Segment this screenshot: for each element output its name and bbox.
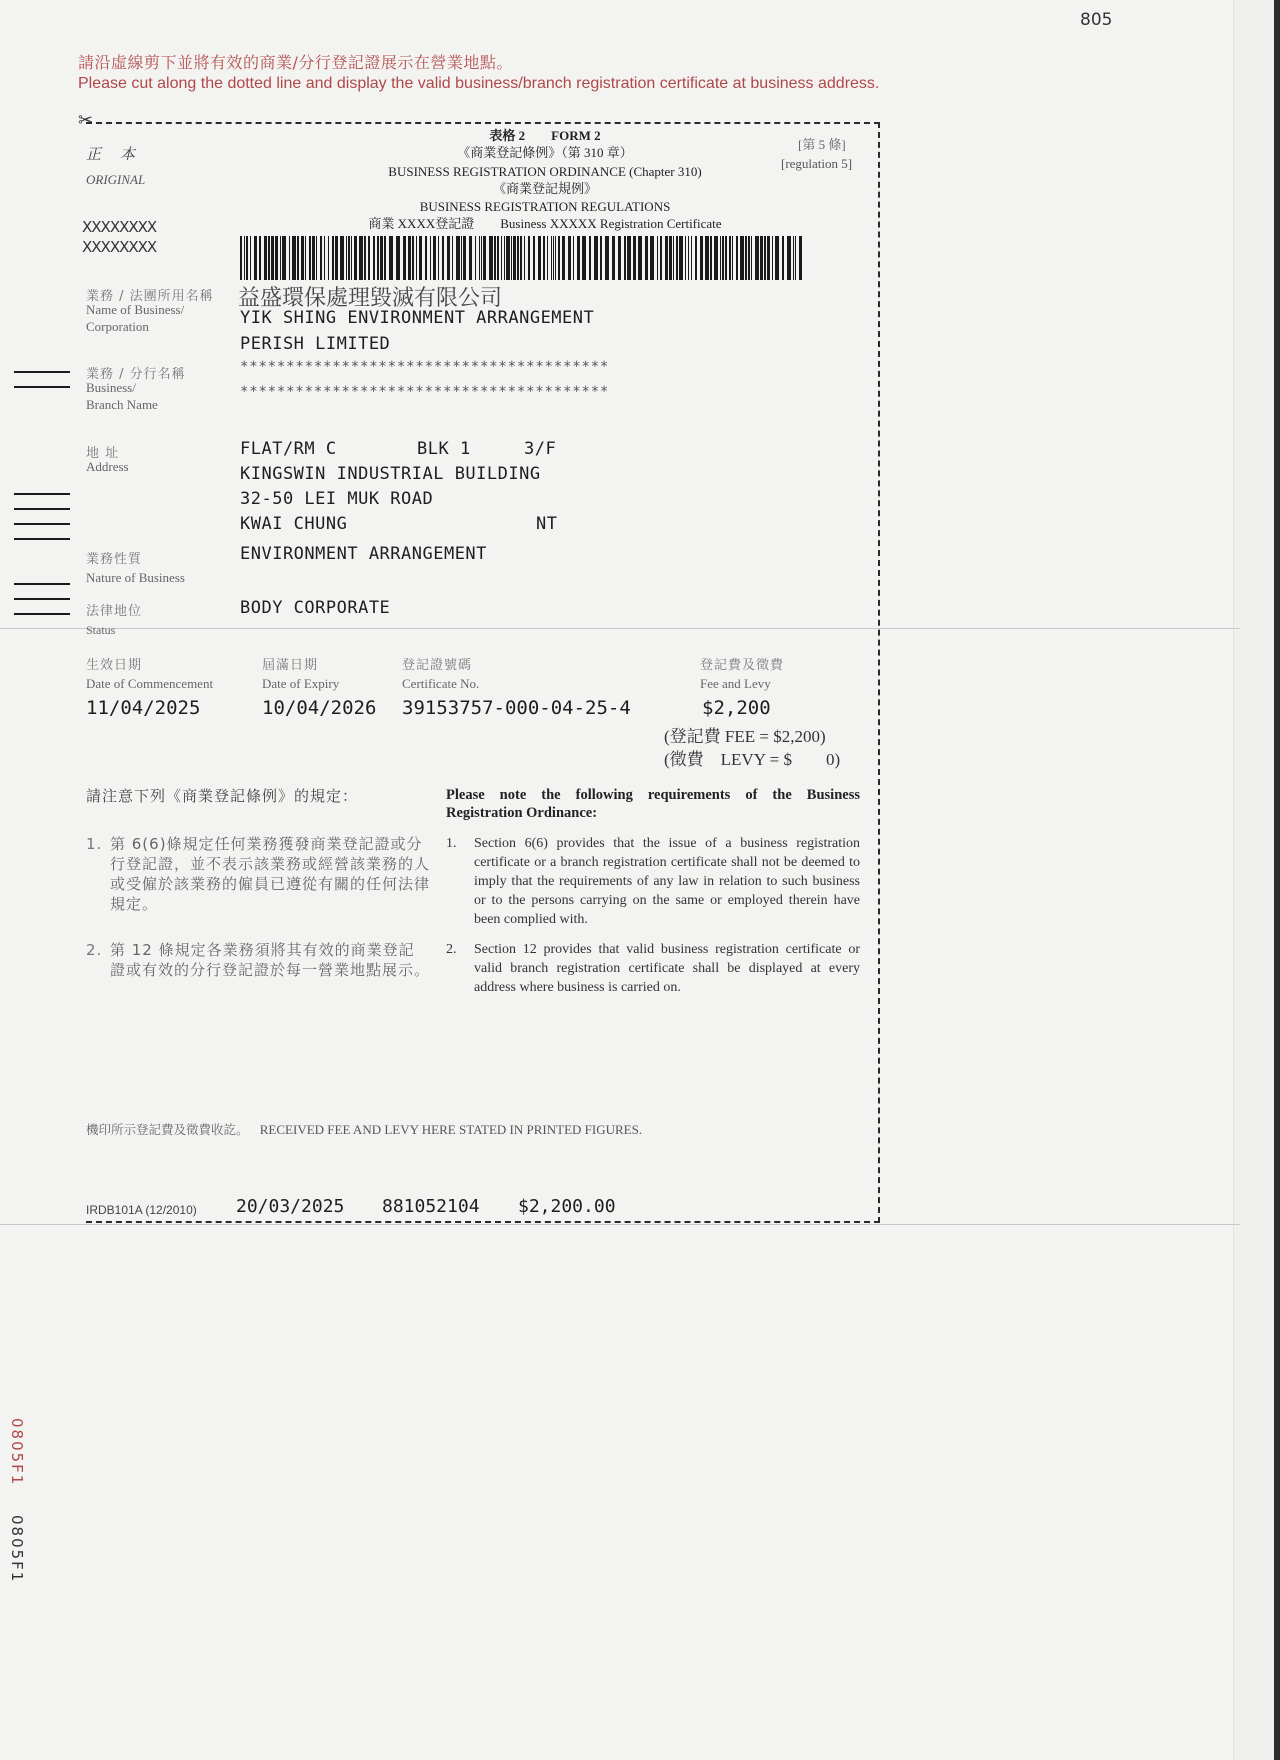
margin-mark: [14, 583, 70, 585]
page-edge-shadow: [1274, 0, 1280, 1760]
expiry-label-zh: 屆滿日期: [262, 654, 318, 673]
redacted-text: XXXXXXXX: [82, 238, 156, 256]
fee-levy-total: $2,200: [702, 697, 771, 719]
margin-mark: [14, 538, 70, 540]
address-street: 32-50 LEI MUK ROAD: [240, 489, 433, 509]
address-flat: FLAT/RM C: [240, 439, 337, 459]
margin-mark: [14, 493, 70, 495]
scissors-icon: ✂: [78, 110, 93, 131]
commencement-label-zh: 生效日期: [86, 654, 142, 673]
receipt-statement-zh: 機印所示登記費及徵費收訖。: [86, 1122, 249, 1137]
regulations-title-en: BUSINESS REGISTRATION REGULATIONS: [330, 199, 760, 215]
fee-levy-label-zh: 登記費及徵費: [700, 654, 784, 673]
address-label-en: Address: [86, 458, 129, 475]
certificate-no-label-en: Certificate No.: [402, 675, 479, 692]
fee-levy-label-en: Fee and Levy: [700, 675, 771, 692]
address-building: KINGSWIN INDUSTRIAL BUILDING: [240, 464, 541, 484]
branch-name-line-1: ****************************************: [240, 359, 609, 375]
note-2-number-en: 2.: [446, 940, 457, 959]
margin-mark: [14, 523, 70, 525]
page-margin-right: [1233, 0, 1274, 1760]
nature-label-zh: 業務性質: [86, 548, 142, 567]
margin-mark: [14, 386, 70, 388]
status-label-zh: 法律地位: [86, 600, 142, 619]
receipt-date: 20/03/2025: [236, 1196, 344, 1217]
redacted-text: XXXXXXXX: [82, 218, 156, 236]
regulations-title-zh: 《商業登記規例》: [330, 181, 760, 197]
certificate-title: 商業 XXXX登記證 Business XXXXX Registration C…: [330, 216, 760, 232]
levy-breakdown: (徵費 LEVY = $ 0): [664, 745, 840, 770]
address-floor: 3/F: [524, 439, 556, 459]
receipt-statement: 機印所示登記費及徵費收訖。 RECEIVED FEE AND LEVY HERE…: [86, 1120, 642, 1138]
business-name-en-line-2: PERISH LIMITED: [240, 334, 390, 354]
address-block: BLK 1: [417, 439, 471, 459]
notes-heading-en: Please note the following requirements o…: [446, 786, 860, 822]
status-value: BODY CORPORATE: [240, 598, 390, 618]
margin-mark: [14, 598, 70, 600]
side-code-black: 0805F1: [8, 1515, 26, 1583]
certificate-no-label-zh: 登記證號碼: [402, 654, 472, 673]
paper-fold-line: [0, 1224, 1240, 1225]
receipt-statement-en: RECEIVED FEE AND LEVY HERE STATED IN PRI…: [260, 1122, 642, 1137]
status-label-en: Status: [86, 622, 115, 639]
expiry-label-en: Date of Expiry: [262, 675, 339, 692]
address-district: KWAI CHUNG: [240, 514, 347, 534]
commencement-date: 11/04/2025: [86, 697, 200, 719]
note-2-zh: 第 12 條規定各業務須將其有效的商業登記證或有效的分行登記證於每一營業地點展示…: [110, 940, 430, 980]
page-number: 805: [1080, 10, 1112, 30]
name-label-en: Name of Business/: [86, 301, 184, 318]
fee-breakdown: (登記費 FEE = $2,200): [664, 722, 826, 747]
original-label-zh: 正 本: [86, 143, 137, 164]
regulation-ref-zh: [第 5 條]: [798, 134, 846, 153]
ordinance-title-en: BUSINESS REGISTRATION ORDINANCE (Chapter…: [330, 164, 760, 180]
nature-of-business-value: ENVIRONMENT ARRANGEMENT: [240, 544, 487, 564]
notes-heading-zh: 請注意下列《商業登記條例》的規定：: [86, 786, 358, 806]
barcode: [240, 236, 806, 280]
expiry-date: 10/04/2026: [262, 697, 376, 719]
commencement-label-en: Date of Commencement: [86, 675, 213, 692]
note-1-en: Section 6(6) provides that the issue of …: [474, 834, 860, 929]
certificate-number: 39153757-000-04-25-4: [402, 697, 631, 719]
name-label-en-2: Corporation: [86, 318, 149, 335]
note-1-number-zh: 1.: [86, 834, 102, 854]
branch-name-line-2: ****************************************: [240, 384, 609, 400]
address-region: NT: [536, 514, 557, 534]
branch-label-en: Business/: [86, 379, 136, 396]
note-2-en: Section 12 provides that valid business …: [474, 940, 860, 997]
receipt-number: 881052104: [382, 1196, 480, 1217]
cut-instruction-zh: 請沿虛線剪下並將有效的商業/分行登記證展示在營業地點。: [78, 50, 513, 73]
form-number: 表格 2 FORM 2: [330, 128, 760, 144]
note-2-number-zh: 2.: [86, 940, 102, 960]
side-code-red: 0805F1: [8, 1418, 26, 1486]
branch-label-en-2: Branch Name: [86, 396, 158, 413]
cut-instruction-en: Please cut along the dotted line and dis…: [78, 75, 879, 93]
original-label-en: ORIGINAL: [86, 172, 145, 188]
note-1-zh: 第 6(6)條規定任何業務獲發商業登記證或分行登記證，並不表示該業務或經營該業務…: [110, 834, 430, 914]
form-code: IRDB101A (12/2010): [86, 1203, 197, 1217]
nature-label-en: Nature of Business: [86, 569, 185, 586]
margin-mark: [14, 371, 70, 373]
margin-mark: [14, 508, 70, 510]
regulation-ref-en: [regulation 5]: [781, 156, 852, 172]
margin-mark: [14, 613, 70, 615]
ordinance-title-zh: 《商業登記條例》（第 310 章）: [330, 145, 760, 161]
business-name-en-line-1: YIK SHING ENVIRONMENT ARRANGEMENT: [240, 308, 594, 328]
note-1-number-en: 1.: [446, 834, 457, 853]
receipt-amount: $2,200.00: [518, 1196, 616, 1217]
